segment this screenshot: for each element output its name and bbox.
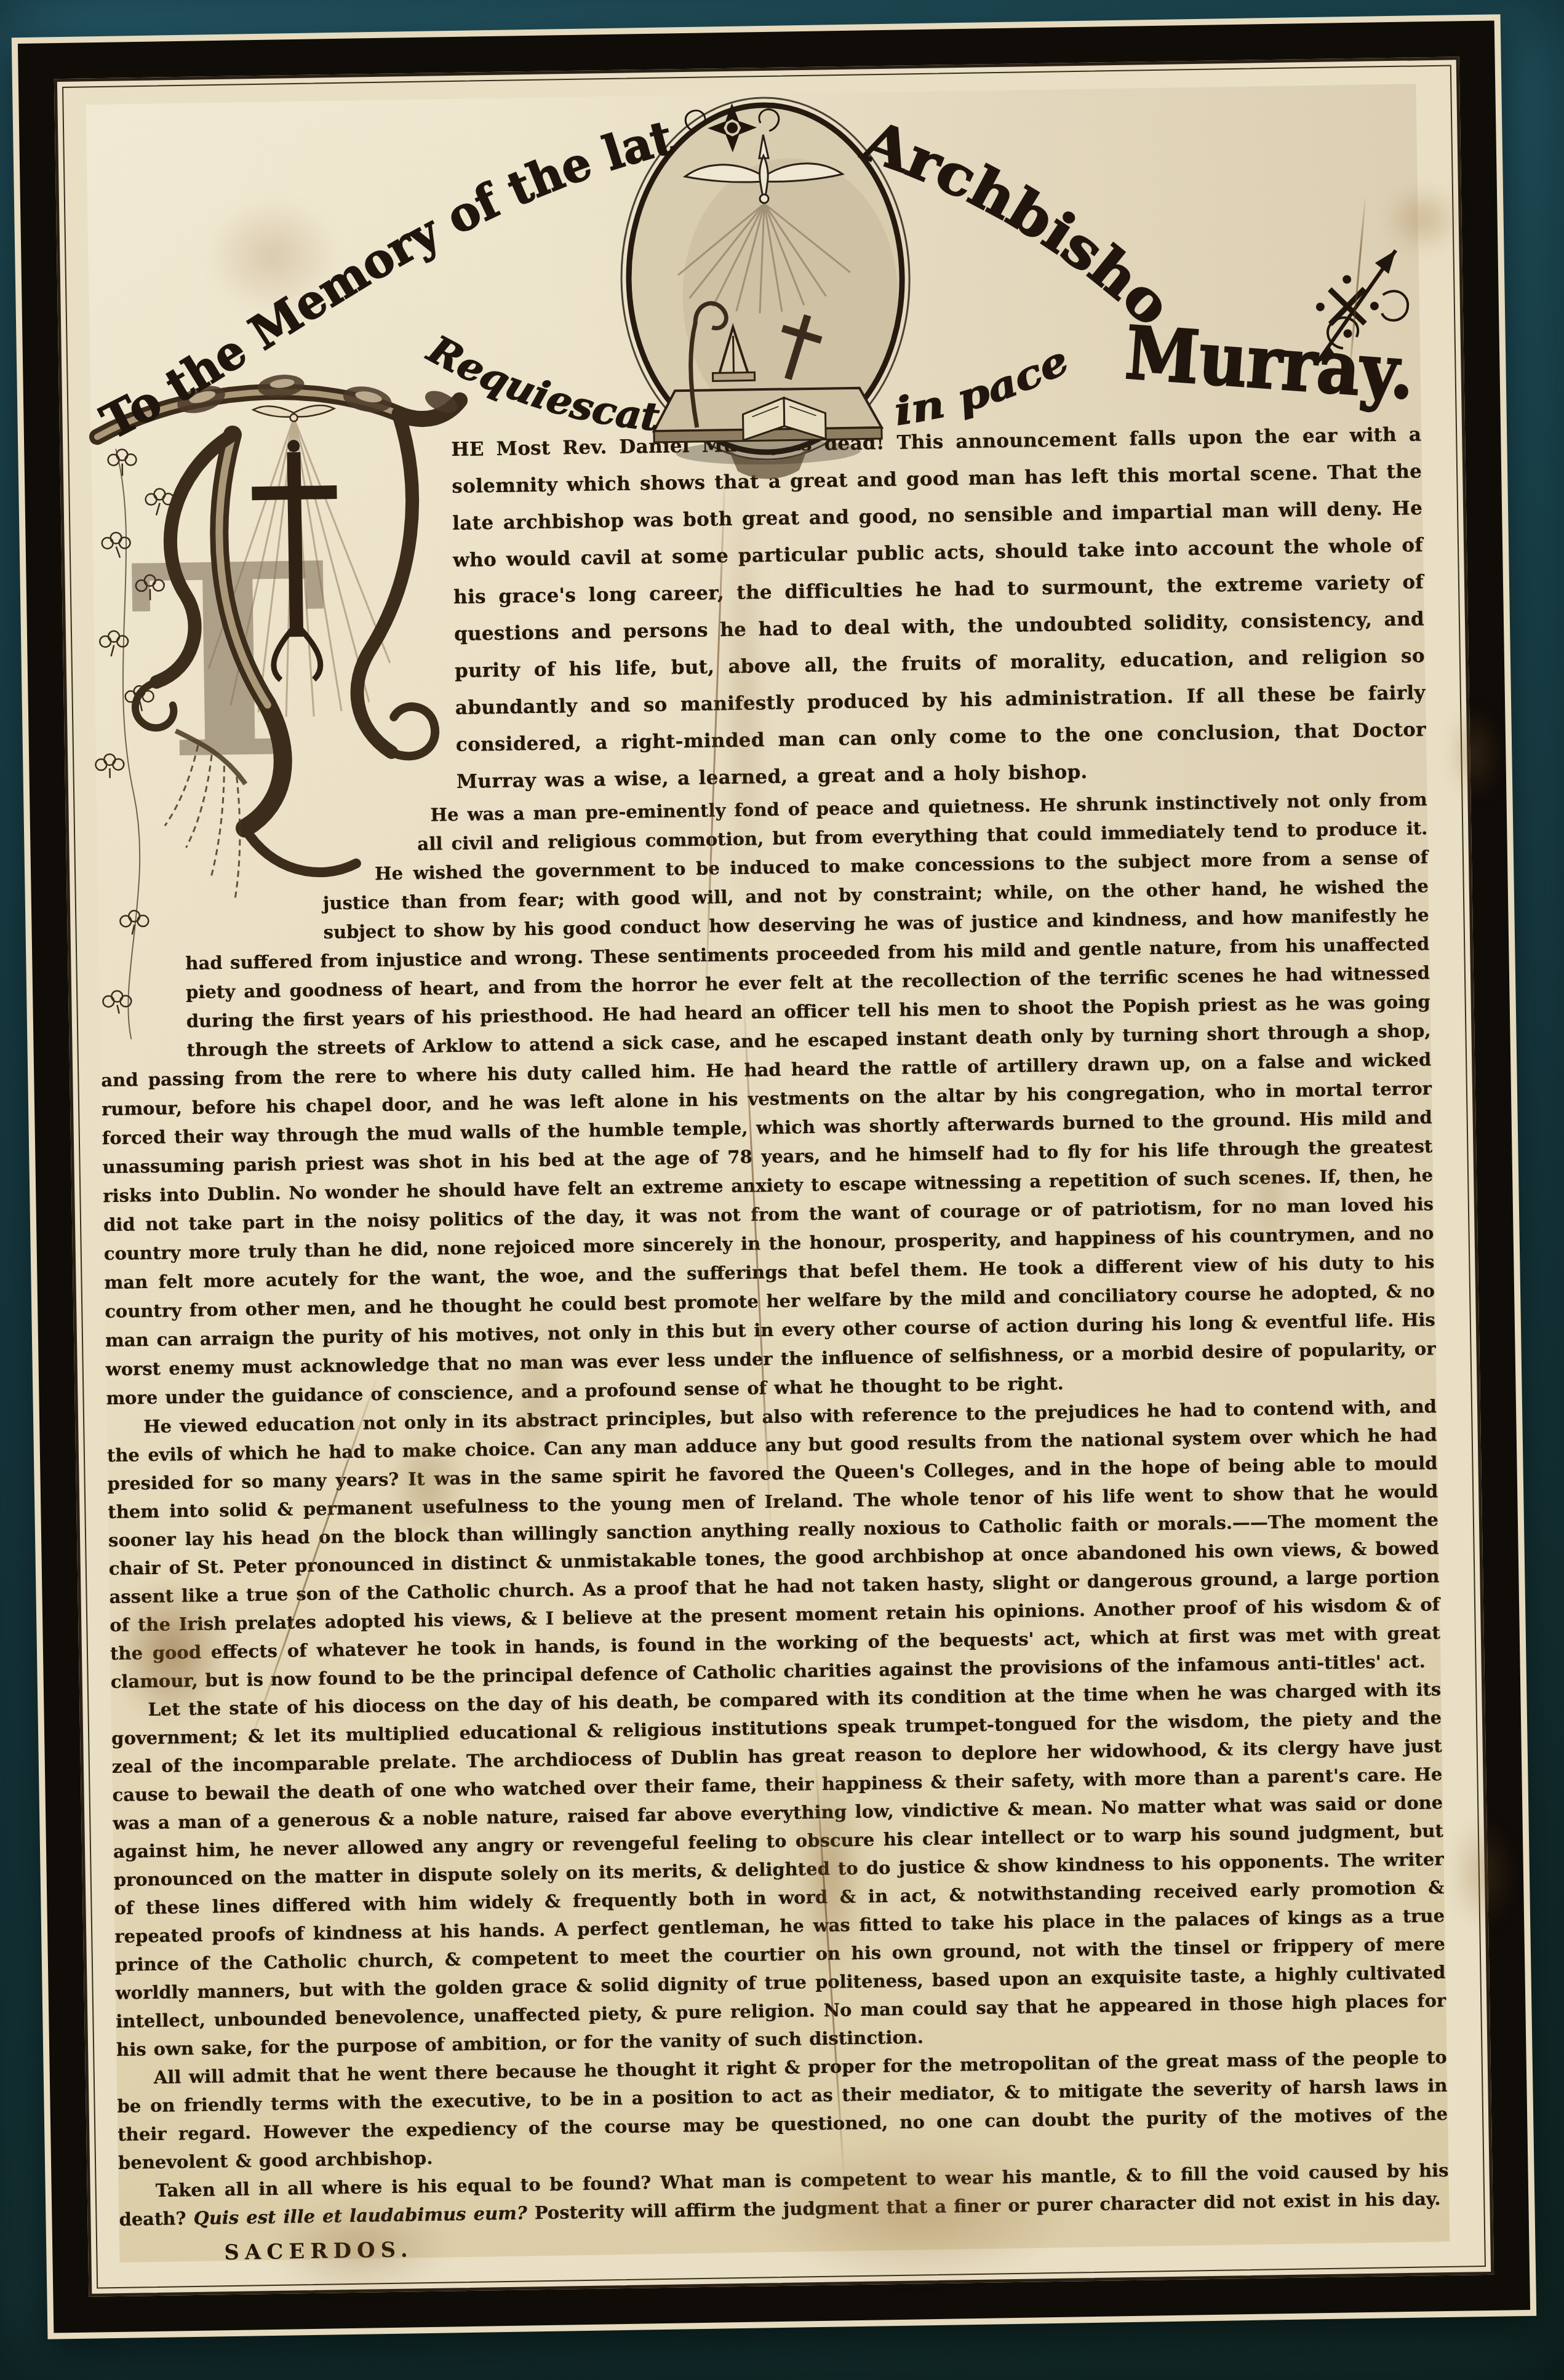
text-wrap-spacer (98, 881, 323, 941)
paragraph-education: He viewed education not only in its abst… (106, 1392, 1441, 1696)
document-content: To the Memory of the late Archbishop Mur… (86, 84, 1450, 2263)
latin-quote: Quis est ille et laudabimus eum? (193, 2203, 527, 2229)
paragraph-diocess: Let the state of his diocess on the day … (111, 1675, 1446, 2064)
black-border-frame: To the Memory of the late Archbishop Mur… (18, 20, 1530, 2333)
outer-rule: To the Memory of the late Archbishop Mur… (54, 57, 1494, 2296)
broadside-page: To the Memory of the late Archbishop Mur… (12, 14, 1536, 2339)
paragraph-executive: All will admit that he went there becaus… (117, 2043, 1449, 2177)
text-wrap-spacer (91, 431, 457, 800)
closing-text-end: Posterity will affirm the judgment that … (527, 2188, 1441, 2223)
text-wrap-spacer (99, 940, 187, 1054)
photo-backdrop: To the Memory of the late Archbishop Mur… (0, 0, 1564, 2380)
text-wrap-spacer (98, 852, 375, 885)
text-wrap-spacer (97, 795, 417, 856)
memorial-text: HE Most Rev. Daniel Murray is dead! This… (86, 84, 1450, 2267)
inner-rule: To the Memory of the late Archbishop Mur… (62, 65, 1486, 2288)
